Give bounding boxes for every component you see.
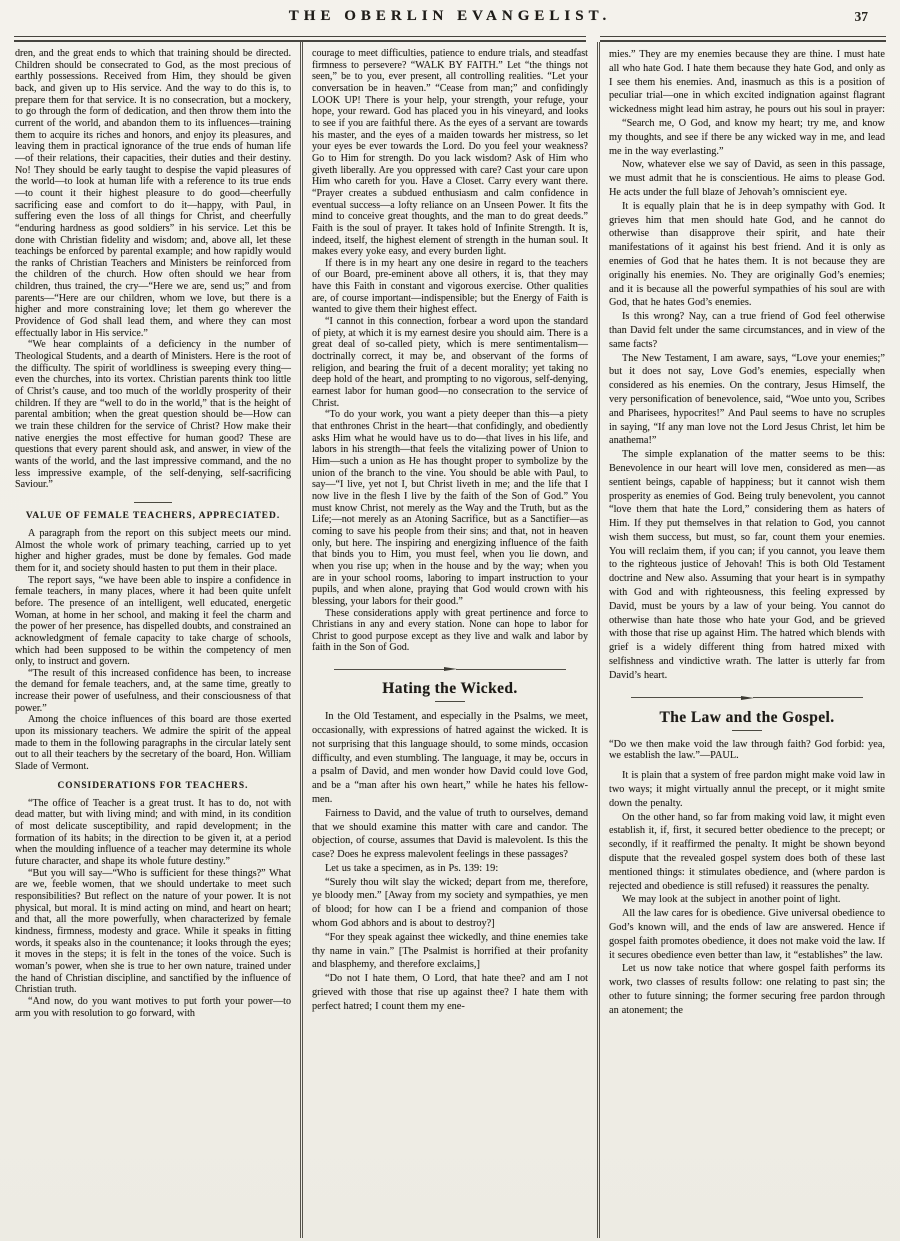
- paragraph: “To do your work, you want a piety deepe…: [312, 409, 588, 607]
- paragraph: “And now, do you want motives to put for…: [15, 996, 291, 1019]
- paragraph: Fairness to David, and the value of trut…: [312, 807, 588, 862]
- column-layout: dren, and the great ends to which that t…: [0, 42, 900, 1238]
- article-title: The Law and the Gospel.: [609, 709, 885, 727]
- paragraph: In the Old Testament, and especially in …: [312, 710, 588, 807]
- paragraph: It is equally plain that he is in deep s…: [609, 200, 885, 310]
- paragraph: It is plain that a system of free pardon…: [609, 769, 885, 810]
- column-1: dren, and the great ends to which that t…: [6, 42, 300, 1238]
- article-divider: [334, 667, 566, 671]
- page-title: THE OBERLIN EVANGELIST.: [289, 8, 611, 24]
- paragraph: dren, and the great ends to which that t…: [15, 48, 291, 339]
- paragraph: We may look at the subject in another po…: [609, 893, 885, 907]
- divider-line: [456, 669, 567, 670]
- paragraph: Now, whatever else we say of David, as s…: [609, 158, 885, 199]
- paragraph: On the other hand, so far from making vo…: [609, 811, 885, 894]
- paragraph: A paragraph from the report on this subj…: [15, 528, 291, 575]
- paragraph: “The result of this increased confidence…: [15, 668, 291, 715]
- paragraph: “Search me, O God, and know my heart; tr…: [609, 117, 885, 158]
- paragraph: All the law cares for is obedience. Give…: [609, 907, 885, 962]
- paragraph: “Surely thou wilt slay the wicked; depar…: [312, 876, 588, 931]
- paragraph: “But you will say—“Who is sufficient for…: [15, 868, 291, 996]
- masthead: THE OBERLIN EVANGELIST. 37: [0, 0, 900, 42]
- article-title: Hating the Wicked.: [312, 680, 588, 698]
- paragraph: Let us now take notice that where gospel…: [609, 962, 885, 1017]
- page-number: 37: [855, 9, 869, 25]
- column-3: mies.” They are my enemies because they …: [597, 42, 894, 1238]
- section-rule: [134, 502, 172, 503]
- divider-line: [753, 697, 864, 698]
- title-rule: [435, 701, 465, 702]
- column-2: courage to meet difficulties, patience t…: [300, 42, 597, 1238]
- article-law-and-gospel: The Law and the Gospel. “Do we then make…: [609, 709, 885, 1018]
- paragraph: “We hear complaints of a deficiency in t…: [15, 339, 291, 491]
- epigraph: “Do we then make void the law through fa…: [609, 739, 885, 763]
- paragraph: The simple explanation of the matter see…: [609, 448, 885, 683]
- article-hating-the-wicked: Hating the Wicked. In the Old Testament,…: [312, 680, 588, 1014]
- paragraph: “For they speak against thee wickedly, a…: [312, 931, 588, 972]
- divider-line: [631, 697, 742, 698]
- section-heading: CONSIDERATIONS FOR TEACHERS.: [15, 781, 291, 791]
- divider-line: [334, 669, 445, 670]
- newspaper-page: THE OBERLIN EVANGELIST. 37 dren, and the…: [0, 0, 900, 1241]
- paragraph: “I cannot in this connection, forbear a …: [312, 316, 588, 409]
- paragraph: mies.” They are my enemies because they …: [609, 48, 885, 117]
- paragraph: Let us take a specimen, as in Ps. 139: 1…: [312, 862, 588, 876]
- paragraph: “The office of Teacher is a great trust.…: [15, 798, 291, 868]
- paragraph: These considerations apply with great pe…: [312, 608, 588, 655]
- paragraph: If there is in my heart any one desire i…: [312, 258, 588, 316]
- paragraph: “Do not I hate them, O Lord, that hate t…: [312, 972, 588, 1013]
- paragraph: The New Testament, I am aware, says, “Lo…: [609, 352, 885, 449]
- title-rule: [732, 730, 762, 731]
- article-divider: [631, 696, 863, 700]
- paragraph: The report says, “we have been able to i…: [15, 575, 291, 668]
- paragraph: Is this wrong? Nay, can a true friend of…: [609, 310, 885, 351]
- paragraph: courage to meet difficulties, patience t…: [312, 48, 588, 258]
- section-heading: VALUE OF FEMALE TEACHERS, APPRECIATED.: [15, 511, 291, 521]
- paragraph: Among the choice influences of this boar…: [15, 714, 291, 772]
